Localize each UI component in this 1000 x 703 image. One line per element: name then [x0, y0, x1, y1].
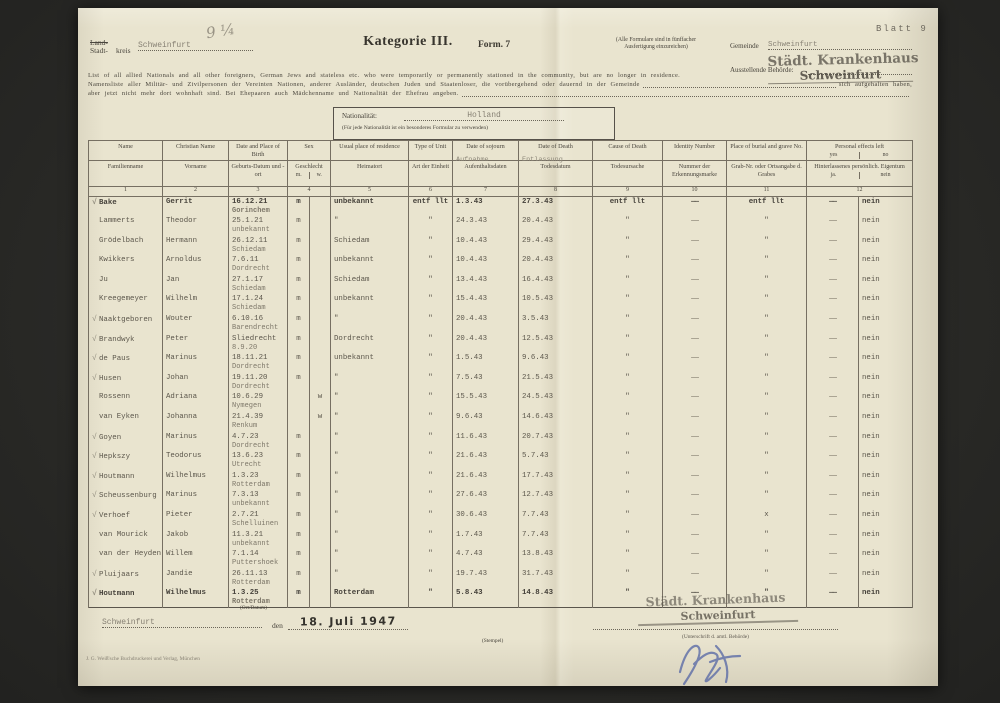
cell-unit: ": [409, 451, 453, 471]
cell-identity-number: ——: [663, 432, 727, 452]
cell-birth: Sliedrecht8.9.20: [229, 334, 288, 354]
birth-line2: unbekannt: [232, 500, 287, 509]
cell-christian-name: Wilhelmus: [163, 588, 229, 608]
form-number: Form. 7: [478, 40, 510, 50]
gemeinde-fill-line: [643, 81, 836, 88]
cell-christian-name: Marinus: [163, 353, 229, 373]
cell-effects-yes: ——: [807, 432, 859, 452]
cell-identity-number: ——: [663, 314, 727, 334]
row-name: Verhoef: [99, 512, 130, 520]
cell-christian-name: Arnoldus: [163, 255, 229, 275]
date-stamp: 18. Juli 1947: [300, 614, 397, 628]
cell-residence: unbekannt: [331, 294, 409, 314]
row-name: Goyen: [99, 434, 121, 442]
cell-residence: unbekannt: [331, 255, 409, 275]
kreis-label: kreis: [116, 47, 131, 55]
table-row: Rossenn Adriana 10.6.29Nymegen w " " 15.…: [89, 392, 913, 412]
cell-birth: 16.12.21Gorinchem: [229, 197, 288, 217]
cell-christian-name: Hermann: [163, 236, 229, 256]
cell-birth: 18.11.21Dordrecht: [229, 353, 288, 373]
row-name: Kreegemeyer: [99, 295, 148, 303]
cell-christian-name: Peter: [163, 334, 229, 354]
table-row: Kwikkers Arnoldus 7.6.11Dordrecht m unbe…: [89, 255, 913, 275]
table-row: √Bake Gerrit 16.12.21Gorinchem m unbekan…: [89, 197, 913, 217]
cell-cause-of-death: ": [593, 471, 663, 491]
cell-name: √Houtmann: [89, 471, 163, 491]
cell-admission-date: 19.7.43: [453, 569, 519, 589]
cell-christian-name: Jandie: [163, 569, 229, 589]
table-row: √Husen Johan 19.11.20Dordrecht m " " 7.5…: [89, 373, 913, 393]
table-row: √Naaktgeboren Wouter 6.10.16Barendrecht …: [89, 314, 913, 334]
cell-burial-place: ": [727, 392, 807, 412]
table-row: √Brandwyk Peter Sliedrecht8.9.20 m Dordr…: [89, 334, 913, 354]
row-checkmark: √: [92, 335, 99, 344]
column-number-row: 1 2 3 4 5 6 7 8 9 10 11 12: [89, 187, 913, 197]
col-burial-de: Grab-Nr. oder Ortsangabe d. Grabes: [727, 161, 807, 187]
cell-effects-no: nein: [859, 510, 913, 530]
cell-cause-of-death: ": [593, 549, 663, 569]
table-row: Kreegemeyer Wilhelm 17.1.24Schiedam m un…: [89, 294, 913, 314]
col-effects-en-label: Personal effects left: [808, 143, 911, 151]
cell-residence: Schiedam: [331, 236, 409, 256]
cell-admission-date: 24.3.43: [453, 216, 519, 236]
cell-unit: ": [409, 216, 453, 236]
cell-residence: ": [331, 510, 409, 530]
cell-burial-place: ": [727, 471, 807, 491]
cell-sex-w: [310, 334, 331, 354]
cell-identity-number: ——: [663, 334, 727, 354]
cell-christian-name: Wilhelmus: [163, 471, 229, 491]
cell-sex-w: [310, 236, 331, 256]
cell-birth: 7.1.14Puttershoek: [229, 549, 288, 569]
cell-effects-no: nein: [859, 373, 913, 393]
colnum-5: 5: [331, 187, 409, 197]
table-row: √de Paus Marinus 18.11.21Dordrecht m unb…: [89, 353, 913, 373]
cell-identity-number: ——: [663, 510, 727, 530]
cell-discharge-date: 20.4.43: [519, 255, 593, 275]
table-row: van Mourick Jakob 11.3.21unbekannt m " "…: [89, 530, 913, 550]
birth-line2: unbekannt: [232, 540, 287, 549]
cell-birth: 2.7.21Schelluinen: [229, 510, 288, 530]
row-checkmark: √: [92, 491, 99, 500]
cell-name: √Goyen: [89, 432, 163, 452]
col-sex-en: Sex: [288, 141, 331, 161]
cell-residence: unbekannt: [331, 353, 409, 373]
cell-unit: ": [409, 490, 453, 510]
copies-note-line1: (Alle Formulare sind in fünffacher: [616, 37, 696, 43]
row-checkmark: √: [92, 589, 99, 598]
col-name-en: Name: [89, 141, 163, 161]
row-checkmark: √: [92, 315, 99, 324]
cell-discharge-date: 12.5.43: [519, 334, 593, 354]
cell-effects-yes: ——: [807, 314, 859, 334]
cell-sex-w: [310, 353, 331, 373]
birth-line2: Gorinchem: [232, 207, 287, 216]
cell-discharge-date: 5.7.43: [519, 451, 593, 471]
cell-cause-of-death: ": [593, 569, 663, 589]
birth-line2: Schiedam: [232, 304, 287, 313]
cell-sex-w: [310, 588, 331, 608]
cell-effects-yes: ——: [807, 510, 859, 530]
cell-christian-name: Gerrit: [163, 197, 229, 217]
birth-line2: 8.9.20: [232, 344, 287, 353]
cell-identity-number: ——: [663, 216, 727, 236]
cell-burial-place: ": [727, 255, 807, 275]
cell-admission-date: 10.4.43: [453, 236, 519, 256]
cell-burial-place: ": [727, 569, 807, 589]
cell-sex-w: [310, 255, 331, 275]
col-sex-m: m.: [289, 172, 309, 180]
cell-residence: ": [331, 373, 409, 393]
cell-cause-of-death: ": [593, 294, 663, 314]
cell-birth: 11.3.21unbekannt: [229, 530, 288, 550]
cell-name: van Mourick: [89, 530, 163, 550]
row-name: Naaktgeboren: [99, 316, 152, 324]
cell-unit: ": [409, 510, 453, 530]
kreis-block: Land- Stadt-: [90, 39, 108, 55]
cell-effects-yes: ——: [807, 373, 859, 393]
nationality-value: Holland: [404, 111, 564, 121]
cell-sex-m: m: [288, 588, 310, 608]
cell-effects-yes: ——: [807, 451, 859, 471]
cell-birth: 25.1.21unbekannt: [229, 216, 288, 236]
row-checkmark: √: [92, 511, 99, 520]
cell-sex-m: m: [288, 530, 310, 550]
cell-burial-place: ": [727, 334, 807, 354]
cell-discharge-date: 16.4.43: [519, 275, 593, 295]
row-checkmark: √: [92, 433, 99, 442]
cell-residence: ": [331, 412, 409, 432]
cell-discharge-date: 20.4.43: [519, 216, 593, 236]
col-death-en: Date of Death Entlassung: [519, 141, 593, 161]
cell-admission-date: 1.5.43: [453, 353, 519, 373]
colnum-4: 4: [288, 187, 331, 197]
cell-effects-yes: ——: [807, 197, 859, 217]
birth-line2: Schelluinen: [232, 520, 287, 529]
cell-christian-name: Marinus: [163, 490, 229, 510]
birth-line2: Utrecht: [232, 461, 287, 470]
cell-birth: 19.11.20Dordrecht: [229, 373, 288, 393]
description-de-text1: Namensliste aller Militär- und Zivilpers…: [88, 80, 640, 89]
ort-datum-label: (Ort/Datum): [240, 605, 267, 612]
cell-name: √Brandwyk: [89, 334, 163, 354]
cell-residence: ": [331, 392, 409, 412]
cell-admission-date: 5.8.43: [453, 588, 519, 608]
cell-sex-m: m: [288, 353, 310, 373]
cell-sex-w: [310, 432, 331, 452]
copies-note-line2: Ausfertigung einzureichen): [624, 44, 688, 50]
cell-residence: ": [331, 490, 409, 510]
cell-discharge-date: 29.4.43: [519, 236, 593, 256]
cell-admission-date: 30.6.43: [453, 510, 519, 530]
cell-discharge-date: 24.5.43: [519, 392, 593, 412]
cell-admission-date: 15.4.43: [453, 294, 519, 314]
col-sex-de: Geschlecht m. w.: [288, 161, 331, 187]
cell-sex-w: w: [310, 412, 331, 432]
birth-line2: Dordrecht: [232, 363, 287, 372]
cell-cause-of-death: ": [593, 530, 663, 550]
birth-line1: 16.12.21: [232, 198, 287, 207]
table-row: van der Heyden Willem 7.1.14Puttershoek …: [89, 549, 913, 569]
table-row: √Hepkszy Teodorus 13.6.23Utrecht m " " 2…: [89, 451, 913, 471]
cell-name: van Eyken: [89, 412, 163, 432]
cell-sex-w: [310, 216, 331, 236]
cell-discharge-date: 21.5.43: [519, 373, 593, 393]
signature-line: [593, 629, 838, 630]
col-effects-nein: nein: [859, 172, 911, 180]
cell-birth: 7.3.13unbekannt: [229, 490, 288, 510]
col-sojourn-en-label: Date of sojourn: [466, 143, 505, 150]
cell-cause-of-death: ": [593, 353, 663, 373]
col-identity-en: Identity Number: [663, 141, 727, 161]
birth-line1: 11.3.21: [232, 531, 287, 540]
cell-cause-of-death: ": [593, 334, 663, 354]
footer-place: Schweinfurt: [102, 618, 262, 628]
cell-sex-m: m: [288, 432, 310, 452]
birth-line2: Rotterdam: [232, 481, 287, 490]
cell-residence: ": [331, 471, 409, 491]
cell-sex-m: m: [288, 314, 310, 334]
cell-admission-date: 4.7.43: [453, 549, 519, 569]
cell-sex-m: m: [288, 471, 310, 491]
cell-birth: 26.12.11Schiedam: [229, 236, 288, 256]
col-effects-en-sub: yes no: [808, 152, 911, 160]
cell-burial-place: ": [727, 451, 807, 471]
cell-christian-name: Wilhelm: [163, 294, 229, 314]
col-effects-yes: yes: [808, 152, 859, 160]
cell-effects-yes: ——: [807, 275, 859, 295]
cell-christian-name: Wouter: [163, 314, 229, 334]
col-effects-en: Personal effects left yes no: [807, 141, 913, 161]
cell-burial-place: ": [727, 275, 807, 295]
cell-cause-of-death: ": [593, 373, 663, 393]
pencil-note: 9 ¼: [205, 20, 236, 42]
description-de-text2: sich aufgehalten haben,: [839, 80, 912, 89]
cell-sex-w: [310, 197, 331, 217]
cell-admission-date: 21.6.43: [453, 471, 519, 491]
birth-line2: unbekannt: [232, 226, 287, 235]
row-checkmark: √: [92, 374, 99, 383]
birth-line1: 6.10.16: [232, 315, 287, 324]
cell-cause-of-death: ": [593, 490, 663, 510]
cell-name: Kwikkers: [89, 255, 163, 275]
cell-unit: ": [409, 588, 453, 608]
birth-line2: Puttershoek: [232, 559, 287, 568]
birth-line2: Dordrecht: [232, 383, 287, 392]
cell-identity-number: ——: [663, 275, 727, 295]
cell-name: √Husen: [89, 373, 163, 393]
row-checkmark: √: [92, 198, 99, 207]
cell-effects-no: nein: [859, 236, 913, 256]
colnum-12: 12: [807, 187, 913, 197]
row-name: Bake: [99, 199, 117, 207]
nationality-label: Nationalität:: [342, 112, 377, 120]
cell-admission-date: 7.5.43: [453, 373, 519, 393]
row-name: Houtmann: [99, 473, 134, 481]
cell-discharge-date: 7.7.43: [519, 530, 593, 550]
cell-burial-place: ": [727, 373, 807, 393]
cell-burial-place: ": [727, 216, 807, 236]
cell-residence: ": [331, 549, 409, 569]
colnum-8: 8: [519, 187, 593, 197]
cell-unit: ": [409, 255, 453, 275]
cell-admission-date: 1.7.43: [453, 530, 519, 550]
cell-christian-name: Adriana: [163, 392, 229, 412]
row-checkmark: √: [92, 354, 99, 363]
table-row: √Scheussenburg Marinus 7.3.13unbekannt m…: [89, 490, 913, 510]
cell-admission-date: 11.6.43: [453, 432, 519, 452]
cell-identity-number: ——: [663, 549, 727, 569]
birth-line1: 25.1.21: [232, 217, 287, 226]
birth-line1: 1.3.25: [232, 589, 287, 598]
cell-name: √Hepkszy: [89, 451, 163, 471]
birth-line1: 21.4.39: [232, 413, 287, 422]
cell-residence: ": [331, 451, 409, 471]
colnum-3: 3: [229, 187, 288, 197]
cell-name: van der Heyden: [89, 549, 163, 569]
table-row: √Pluijaars Jandie 26.11.13Rotterdam m " …: [89, 569, 913, 589]
cell-effects-no: nein: [859, 392, 913, 412]
cell-discharge-date: 31.7.43: [519, 569, 593, 589]
date-line: [288, 629, 408, 630]
cell-admission-date: 27.6.43: [453, 490, 519, 510]
cell-sex-w: [310, 549, 331, 569]
cell-identity-number: ——: [663, 412, 727, 432]
cell-effects-no: nein: [859, 588, 913, 608]
cell-sex-m: m: [288, 569, 310, 589]
cell-birth: 10.6.29Nymegen: [229, 392, 288, 412]
cell-discharge-date: 9.6.43: [519, 353, 593, 373]
cell-unit: ": [409, 569, 453, 589]
birth-line1: 2.7.21: [232, 511, 287, 520]
birth-line1: Sliedrecht: [232, 335, 287, 344]
birth-line2: Schiedam: [232, 246, 287, 255]
row-name: van Eyken: [99, 413, 139, 421]
cell-unit: ": [409, 392, 453, 412]
cell-residence: Rotterdam: [331, 588, 409, 608]
cell-sex-m: m: [288, 197, 310, 217]
col-sex-w: w.: [309, 172, 330, 180]
col-effects-de: Hinterlassenes persönlich. Eigentum ja. …: [807, 161, 913, 187]
cell-discharge-date: 13.8.43: [519, 549, 593, 569]
cell-name: Kreegemeyer: [89, 294, 163, 314]
gemeinde-value: Schweinfurt: [768, 41, 912, 50]
cell-effects-no: nein: [859, 412, 913, 432]
cell-effects-no: nein: [859, 353, 913, 373]
cell-unit: ": [409, 353, 453, 373]
cell-name: Rossenn: [89, 392, 163, 412]
cell-effects-no: nein: [859, 451, 913, 471]
cell-unit: entf llt: [409, 197, 453, 217]
cell-sex-w: [310, 471, 331, 491]
col-death-en-label: Date of Death: [538, 143, 573, 150]
cell-unit: ": [409, 275, 453, 295]
row-name: Houtmann: [99, 590, 134, 598]
birth-line1: 1.3.23: [232, 472, 287, 481]
cell-effects-yes: ——: [807, 549, 859, 569]
cell-identity-number: ——: [663, 373, 727, 393]
row-name: Kwikkers: [99, 256, 134, 264]
birth-line2: Dordrecht: [232, 265, 287, 274]
cell-effects-yes: ——: [807, 490, 859, 510]
stempel-label: (Stempel): [482, 638, 503, 645]
cell-effects-yes: ——: [807, 471, 859, 491]
cell-sex-m: [288, 412, 310, 432]
col-cause-en: Cause of Death: [593, 141, 663, 161]
cell-unit: ": [409, 236, 453, 256]
cell-effects-no: nein: [859, 569, 913, 589]
cell-sex-m: m: [288, 451, 310, 471]
cell-admission-date: 1.3.43: [453, 197, 519, 217]
cell-effects-yes: ——: [807, 255, 859, 275]
col-effects-ja: ja.: [808, 172, 859, 180]
cell-birth: 7.6.11Dordrecht: [229, 255, 288, 275]
row-checkmark: √: [92, 452, 99, 461]
col-sex-sub: m. w.: [289, 172, 329, 180]
row-name: van Mourick: [99, 531, 148, 539]
birth-line2: Nymegen: [232, 402, 287, 411]
cell-identity-number: ——: [663, 255, 727, 275]
col-birth-en: Date and Place of Birth: [229, 141, 288, 161]
cell-discharge-date: 14.8.43: [519, 588, 593, 608]
cell-christian-name: Johan: [163, 373, 229, 393]
birth-line1: 7.3.13: [232, 491, 287, 500]
cell-birth: 27.1.17Schiedam: [229, 275, 288, 295]
cell-christian-name: Teodorus: [163, 451, 229, 471]
birth-line2: Barendrecht: [232, 324, 287, 333]
col-effects-no: no: [859, 152, 911, 160]
cell-discharge-date: 14.6.43: [519, 412, 593, 432]
table-row: √Verhoef Pieter 2.7.21Schelluinen m " " …: [89, 510, 913, 530]
cell-burial-place: ": [727, 236, 807, 256]
cell-name: √Scheussenburg: [89, 490, 163, 510]
birth-line1: 18.11.21: [232, 354, 287, 363]
cell-name: √Verhoef: [89, 510, 163, 530]
birth-line1: 17.1.24: [232, 295, 287, 304]
copies-note: (Alle Formulare sind in fünffacher Ausfe…: [576, 37, 736, 51]
cell-sex-m: m: [288, 275, 310, 295]
cell-sex-m: m: [288, 216, 310, 236]
row-name: Hepkszy: [99, 453, 130, 461]
col-birth-de: Geburts-Datum und -ort: [229, 161, 288, 187]
cell-identity-number: ——: [663, 451, 727, 471]
cell-unit: ": [409, 471, 453, 491]
cell-cause-of-death: ": [593, 314, 663, 334]
cell-name: √Bake: [89, 197, 163, 217]
cell-effects-yes: ——: [807, 412, 859, 432]
cell-burial-place: x: [727, 510, 807, 530]
cell-christian-name: Marinus: [163, 432, 229, 452]
printer-note: J. G. Weiß'sche Buchdruckerei und Verlag…: [86, 656, 200, 663]
cell-burial-place: ": [727, 530, 807, 550]
cell-residence: ": [331, 314, 409, 334]
birth-line2: Dordrecht: [232, 442, 287, 451]
cell-effects-no: nein: [859, 490, 913, 510]
cell-effects-yes: ——: [807, 334, 859, 354]
cell-unit: ": [409, 549, 453, 569]
col-christian-de: Vorname: [163, 161, 229, 187]
cell-sex-w: [310, 294, 331, 314]
cell-admission-date: 15.5.43: [453, 392, 519, 412]
cell-christian-name: Jakob: [163, 530, 229, 550]
birth-line2: Renkum: [232, 422, 287, 431]
cell-name: √de Paus: [89, 353, 163, 373]
col-sex-de-label: Geschlecht: [289, 163, 329, 171]
col-death-de: Todesdatum: [519, 161, 593, 187]
row-name: Pluijaars: [99, 571, 139, 579]
cell-residence: unbekannt: [331, 197, 409, 217]
cell-effects-no: nein: [859, 334, 913, 354]
